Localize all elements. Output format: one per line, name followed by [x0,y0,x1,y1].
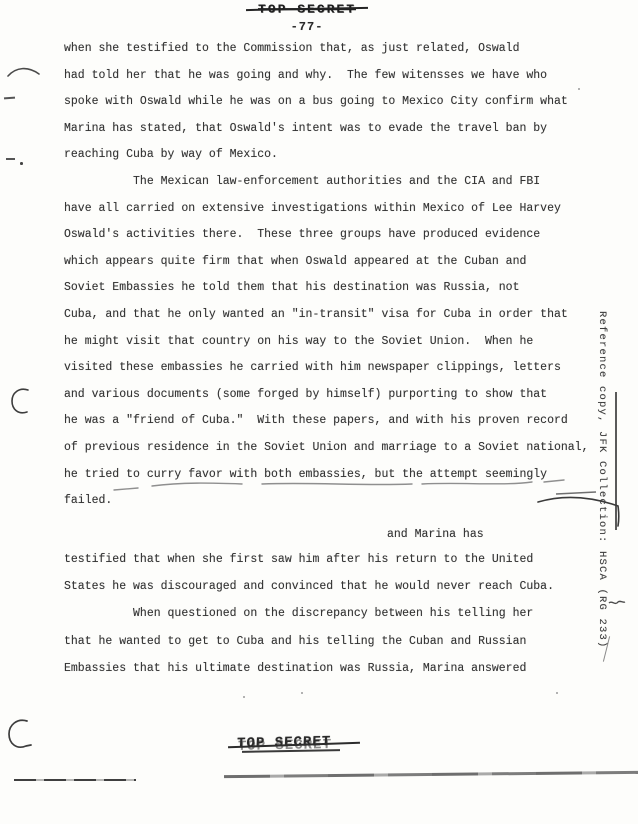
pencil-curve-mark [6,64,42,82]
pencil-dash-mark [4,97,15,100]
scanned-document-page: TOP SECRET -77- when she testified to th… [0,0,638,824]
handwritten-c-mark [8,386,34,418]
document-text-block-1: when she testified to the Commission tha… [64,36,624,515]
pencil-dash-mark [6,158,15,160]
scan-artifact-line [14,779,136,781]
handwritten-c-mark [5,718,35,754]
scan-speck [578,88,580,90]
squiggle-mark [608,598,626,608]
pencil-dot-mark [20,162,23,165]
scan-artifact-line [224,771,638,778]
scan-speck [556,692,558,694]
scan-speck [243,696,245,698]
scan-speck [301,692,303,694]
stray-curve-line [534,488,634,532]
erasure-wavy-line [112,474,598,498]
document-text-block-2: testified that when she first saw him af… [64,546,624,682]
page-number: -77- [232,20,382,34]
stamp-strikethrough-line [242,749,340,752]
